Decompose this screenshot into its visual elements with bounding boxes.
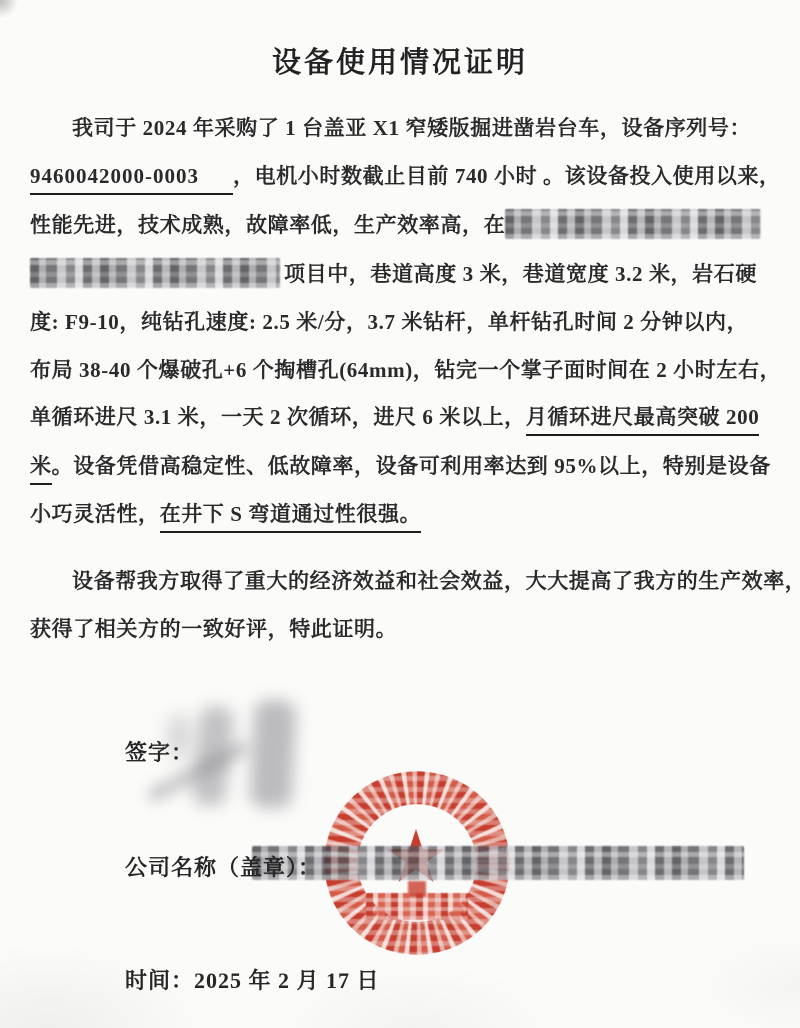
document-title: 设备使用情况证明 (0, 40, 800, 81)
redacted-text-blur (505, 209, 761, 239)
serial-number-underlined: 9460042000-0003 (30, 164, 233, 195)
signature-stroke (249, 699, 297, 809)
text-line: 单循环进尺 3.1 米，一天 2 次循环，进尺 6 米以上，月循环进尺最高突破 … (30, 401, 759, 431)
text-line: 布局 38-40 个爆破孔+6 个掏槽孔(64mm)，钻完一个掌子面时间在 2 … (30, 354, 781, 384)
signature-stroke (168, 714, 190, 758)
underlined-text: 在井下 S 弯道通过性很强。 (160, 502, 422, 533)
seal-subtext-blur (366, 893, 468, 920)
text-line: 性能先进，技术成熟，故障率低，生产效率高，在 (30, 209, 761, 239)
company-name-redacted-blur (252, 846, 744, 880)
date-label: 时间：2025 年 2 月 17 日 (125, 964, 380, 995)
underlined-text: 月循环进尺最高突破 200 (526, 405, 760, 436)
text-line: 9460042000-0003，电机小时数截止目前 740 小时 。该设备投入使… (30, 160, 781, 190)
text-segment: 。设备凭借高稳定性、低故障率，设备可利用率达到 95%以上，特别是设备 (52, 454, 771, 478)
text-segment: ，电机小时数截止目前 740 小时 。该设备投入使用以来， (233, 164, 781, 188)
text-line: 我司于 2024 年采购了 1 台盖亚 X1 窄矮版掘进凿岩台车，设备序列号： (72, 112, 751, 142)
text-line: 项目中，巷道高度 3 米，巷道宽度 3.2 米，岩石硬 (30, 258, 757, 288)
underlined-text: 米 (30, 454, 52, 485)
text-segment: 单循环进尺 3.1 米，一天 2 次循环，进尺 6 米以上， (30, 405, 526, 429)
text-line: 米。设备凭借高稳定性、低故障率，设备可利用率达到 95%以上，特别是设备 (30, 450, 771, 480)
text-line: 度: F9-10，纯钻孔速度: 2.5 米/分，3.7 米钻杆，单杆钻孔时间 2… (30, 306, 748, 336)
text-segment: 项目中，巷道高度 3 米，巷道宽度 3.2 米，岩石硬 (284, 262, 757, 286)
text-line: 设备帮我方取得了重大的经济效益和社会效益，大大提高了我方的生产效率， (72, 565, 800, 595)
text-segment: 性能先进，技术成熟，故障率低，生产效率高，在 (30, 213, 505, 237)
text-segment: 小巧灵活性， (30, 502, 160, 526)
certificate-document: 设备使用情况证明 我司于 2024 年采购了 1 台盖亚 X1 窄矮版掘进凿岩台… (0, 0, 800, 1028)
text-line: 获得了相关方的一致好评，特此证明。 (30, 613, 397, 643)
redacted-text-blur (30, 258, 280, 288)
company-name-label: 公司名称（盖章）： (125, 851, 321, 882)
text-line: 小巧灵活性，在井下 S 弯道通过性很强。 (30, 498, 421, 528)
